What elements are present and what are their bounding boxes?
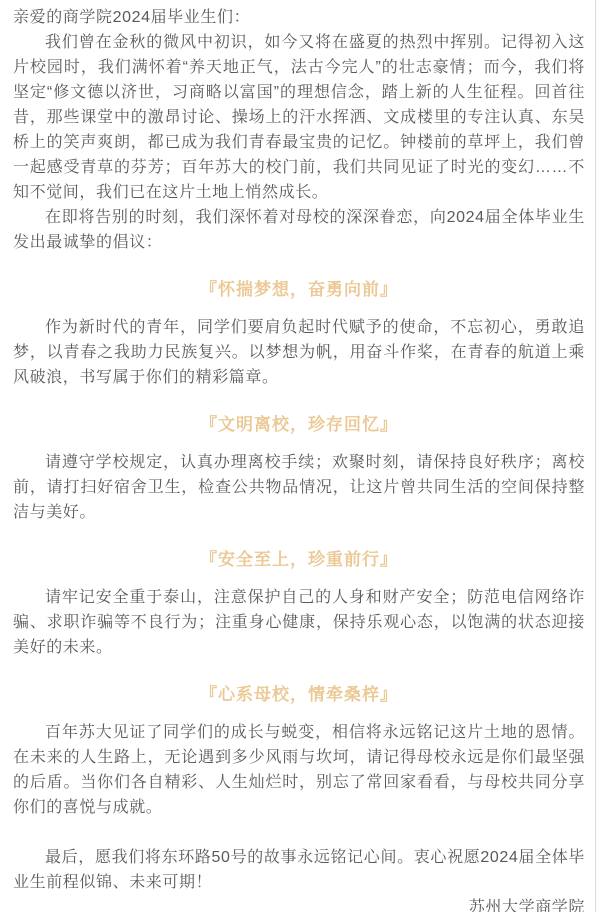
blank-line-spacer (13, 820, 585, 845)
section-body-civilized-departure: 请遵守学校规定，认真办理离校手续；欢聚时刻，请保持良好秩序；离校前，请打扫好宿舍… (13, 450, 585, 525)
section-heading-safety-first: 『安全至上，珍重前行』 (13, 545, 585, 575)
section-body-alma-mater: 百年苏大见证了同学们的成长与蜕变，相信将永远铭记这片土地的恩情。在未来的人生路上… (13, 720, 585, 820)
intro-paragraph-proposal: 在即将告别的时刻，我们深怀着对母校的深深眷恋，向2024届全体毕业生发出最诚挚的… (13, 205, 585, 255)
closing-paragraph: 最后，愿我们将东环路50号的故事永远铭记心间。衷心祝愿2024届全体毕业生前程似… (13, 845, 585, 895)
signature: 苏州大学商学院 (13, 895, 585, 912)
intro-paragraph-memories: 我们曾在金秋的微风中初识，如今又将在盛夏的热烈中挥别。记得初入这片校园时，我们满… (13, 30, 585, 205)
section-heading-alma-mater: 『心系母校，情牵桑梓』 (13, 680, 585, 710)
section-body-dreams: 作为新时代的青年，同学们要肩负起时代赋予的使命，不忘初心，勇敢追梦，以青春之我助… (13, 315, 585, 390)
section-heading-dreams: 『怀揣梦想，奋勇向前』 (13, 275, 585, 305)
graduation-letter-page: 亲爱的商学院2024届毕业生们： 我们曾在金秋的微风中初识，如今又将在盛夏的热烈… (0, 0, 599, 912)
section-body-safety-first: 请牢记安全重于泰山，注意保护自己的人身和财产安全；防范电信网络诈骗、求职诈骗等不… (13, 585, 585, 660)
salutation: 亲爱的商学院2024届毕业生们： (13, 5, 585, 30)
section-heading-civilized-departure: 『文明离校，珍存回忆』 (13, 410, 585, 440)
page-right-edge-line (595, 0, 596, 912)
